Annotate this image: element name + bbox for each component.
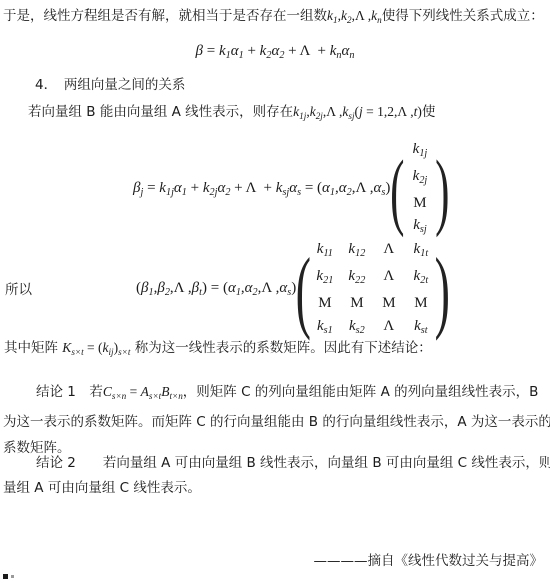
matrix-cell: M [342,292,372,315]
document-page: 于是，线性方程组是否有解，就相当于是否存在一组数k1,k2,Λ ,kn使得下列线… [0,0,550,583]
matrix-row: k1j [403,138,437,165]
matrix-cell: k11 [310,238,340,265]
matrix-cell: k22 [342,265,372,292]
column-vector-entries: k1jk2jMksj [403,138,437,241]
paragraph-conclusion-1: 结论 1 若Cs×n = As×tBt×n，则矩阵 C 的列向量组能由矩阵 A … [3,379,548,461]
matrix-cell: k2j [403,165,437,192]
matrix-cell: M [406,292,436,315]
formula-beta-matrix-equation: 所以 (β1,β2,Λ ,βt) = (α1,α2,Λ ,αs) ( k11k1… [5,238,448,342]
matrix-cell: k21 [310,265,340,292]
formula-beta-matrix-left: (β1,β2,Λ ,βt) = (α1,α2,Λ ,αs) [136,277,296,303]
matrix-row: M [403,192,437,214]
matrix-row: k11k12Λk1t [309,238,437,265]
matrix-cell: M [403,192,437,214]
matrix-cell: Λ [374,265,404,292]
matrix-cell: k1j [403,138,437,165]
coefficient-matrix: ( k11k12Λk1tk21k22Λk2tMMMMks1ks2Λkst ) [298,238,447,342]
formula-beta-j-expansion: βj = k1jα1 + k2jα2 + Λ + ksjαs = (α1,α2,… [133,138,448,241]
matrix-cell: k12 [342,238,372,265]
matrix-cell: k1t [406,238,436,265]
right-paren: ) [435,244,450,336]
formula-beta-j-left: βj = k1jα1 + k2jα2 + Λ + ksjαs = (α1,α2,… [133,177,390,203]
matrix-row: MMMM [309,292,437,315]
formula-beta-linear-combination: β = k1α1 + k2α2 + Λ + knαn [0,40,550,66]
suoyi-label: 所以 [5,281,32,299]
matrix-entries: k11k12Λk1tk21k22Λk2tMMMMks1ks2Λkst [309,238,437,342]
left-paren: ( [390,147,404,233]
matrix-cell: k2t [406,265,436,292]
matrix-row: k21k22Λk2t [309,265,437,292]
matrix-cell: M [374,292,404,315]
matrix-cell: M [310,292,340,315]
paragraph-conclusion-2: 结论 2 若向量组 A 可由向量组 B 线性表示，向量组 B 可由向量组 C 线… [3,451,548,501]
paragraph-coefficient-matrix-definition: 其中矩阵 Ks×t = (kij)s×t 称为这一线性表示的系数矩阵。因此有下述… [4,339,432,361]
page-artifact-mark [11,575,14,578]
matrix-cell: Λ [374,238,404,265]
right-paren: ) [435,147,449,233]
paragraph-intro: 于是，线性方程组是否有解，就相当于是否存在一组数k1,k2,Λ ,kn使得下列线… [3,7,544,29]
coefficient-column-vector: ( k1jk2jMksj ) [392,138,447,241]
matrix-row: k2j [403,165,437,192]
heading-section-4: 4． 两组向量之间的关系 [35,76,185,94]
left-paren: ( [296,244,311,336]
page-artifact-mark [3,574,8,579]
paragraph-vector-group-b: 若向量组 B 能由向量组 A 线性表示，则存在k1j,k2j,Λ ,ksj(j … [28,103,435,125]
citation-source: ————摘自《线性代数过关与提高》 [314,552,544,570]
